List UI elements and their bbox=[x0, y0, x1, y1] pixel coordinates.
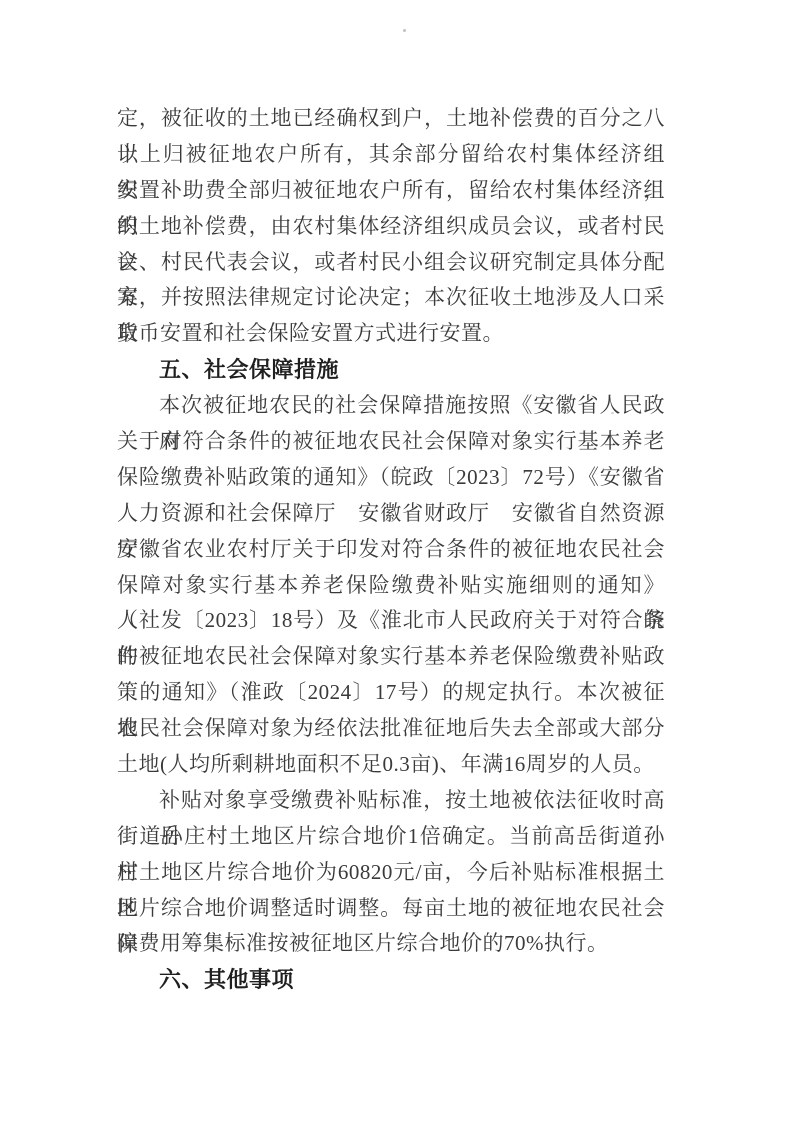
text-line: 以上归被征地农户所有，其余部分留给农村集体经济组织， bbox=[117, 137, 665, 173]
section5-heading: 五、社会保障措施 bbox=[117, 352, 665, 388]
text-line: 关于对符合条件的被征地农民社会保障对象实行基本养老 bbox=[117, 424, 665, 460]
text-line: 保险缴费补贴政策的通知》（皖政〔2023〕72号）《安徽省 bbox=[117, 460, 665, 496]
text-line: 议、村民代表会议，或者村民小组会议研究制定具体分配方 bbox=[117, 245, 665, 281]
text-line: 定，被征收的土地已经确权到户，土地补偿费的百分之八十 bbox=[117, 101, 665, 137]
text-line: 安徽省农业农村厅关于印发对符合条件的被征地农民社会 bbox=[117, 532, 665, 568]
text-line: 土地(人均所剩耕地面积不足0.3亩)、年满16周岁的人员。 bbox=[117, 747, 665, 783]
text-line: 本次被征地农民的社会保障措施按照《安徽省人民政府 bbox=[117, 388, 665, 424]
scan-speck bbox=[403, 29, 406, 32]
document-page: 定，被征收的土地已经确权到户，土地补偿费的百分之八十 以上归被征地农户所有，其余… bbox=[0, 0, 793, 1123]
text-line: 补贴对象享受缴费补贴标准，按土地被依法征收时高岳 bbox=[117, 783, 665, 819]
text-line: 货币安置和社会保险安置方式进行安置。 bbox=[117, 316, 665, 352]
text-line: 农民社会保障对象为经依法批准征地后失去全部或大部分 bbox=[117, 711, 665, 747]
text-line: 村土地区片综合地价为60820元/亩，今后补贴标准根据土地 bbox=[117, 855, 665, 891]
text-line: 案，并按照法律规定讨论决定；本次征收土地涉及人口采取 bbox=[117, 280, 665, 316]
text-line: 人力资源和社会保障厅 安徽省财政厅 安徽省自然资源厅 bbox=[117, 496, 665, 532]
document-text-block: 定，被征收的土地已经确权到户，土地补偿费的百分之八十 以上归被征地农户所有，其余… bbox=[117, 101, 665, 998]
text-line: 策的通知》（淮政〔2024〕17号）的规定执行。本次被征地 bbox=[117, 675, 665, 711]
text-line: 街道孙庄村土地区片综合地价1倍确定。当前高岳街道孙庄 bbox=[117, 819, 665, 855]
text-line: 障费用筹集标准按被征地区片综合地价的70%执行。 bbox=[117, 926, 665, 962]
text-line: 安置补助费全部归被征地农户所有，留给农村集体经济组织 bbox=[117, 173, 665, 209]
section6-heading: 六、其他事项 bbox=[117, 962, 665, 998]
text-line: 的被征地农民社会保障对象实行基本养老保险缴费补贴政 bbox=[117, 639, 665, 675]
text-line: 的土地补偿费，由农村集体经济组织成员会议，或者村民会 bbox=[117, 209, 665, 245]
text-line: 人社发〔2023〕18号）及《淮北市人民政府关于对符合条件 bbox=[117, 603, 665, 639]
text-line: 保障对象实行基本养老保险缴费补贴实施细则的通知》（皖 bbox=[117, 568, 665, 604]
text-line: 区片综合地价调整适时调整。每亩土地的被征地农民社会保 bbox=[117, 891, 665, 927]
